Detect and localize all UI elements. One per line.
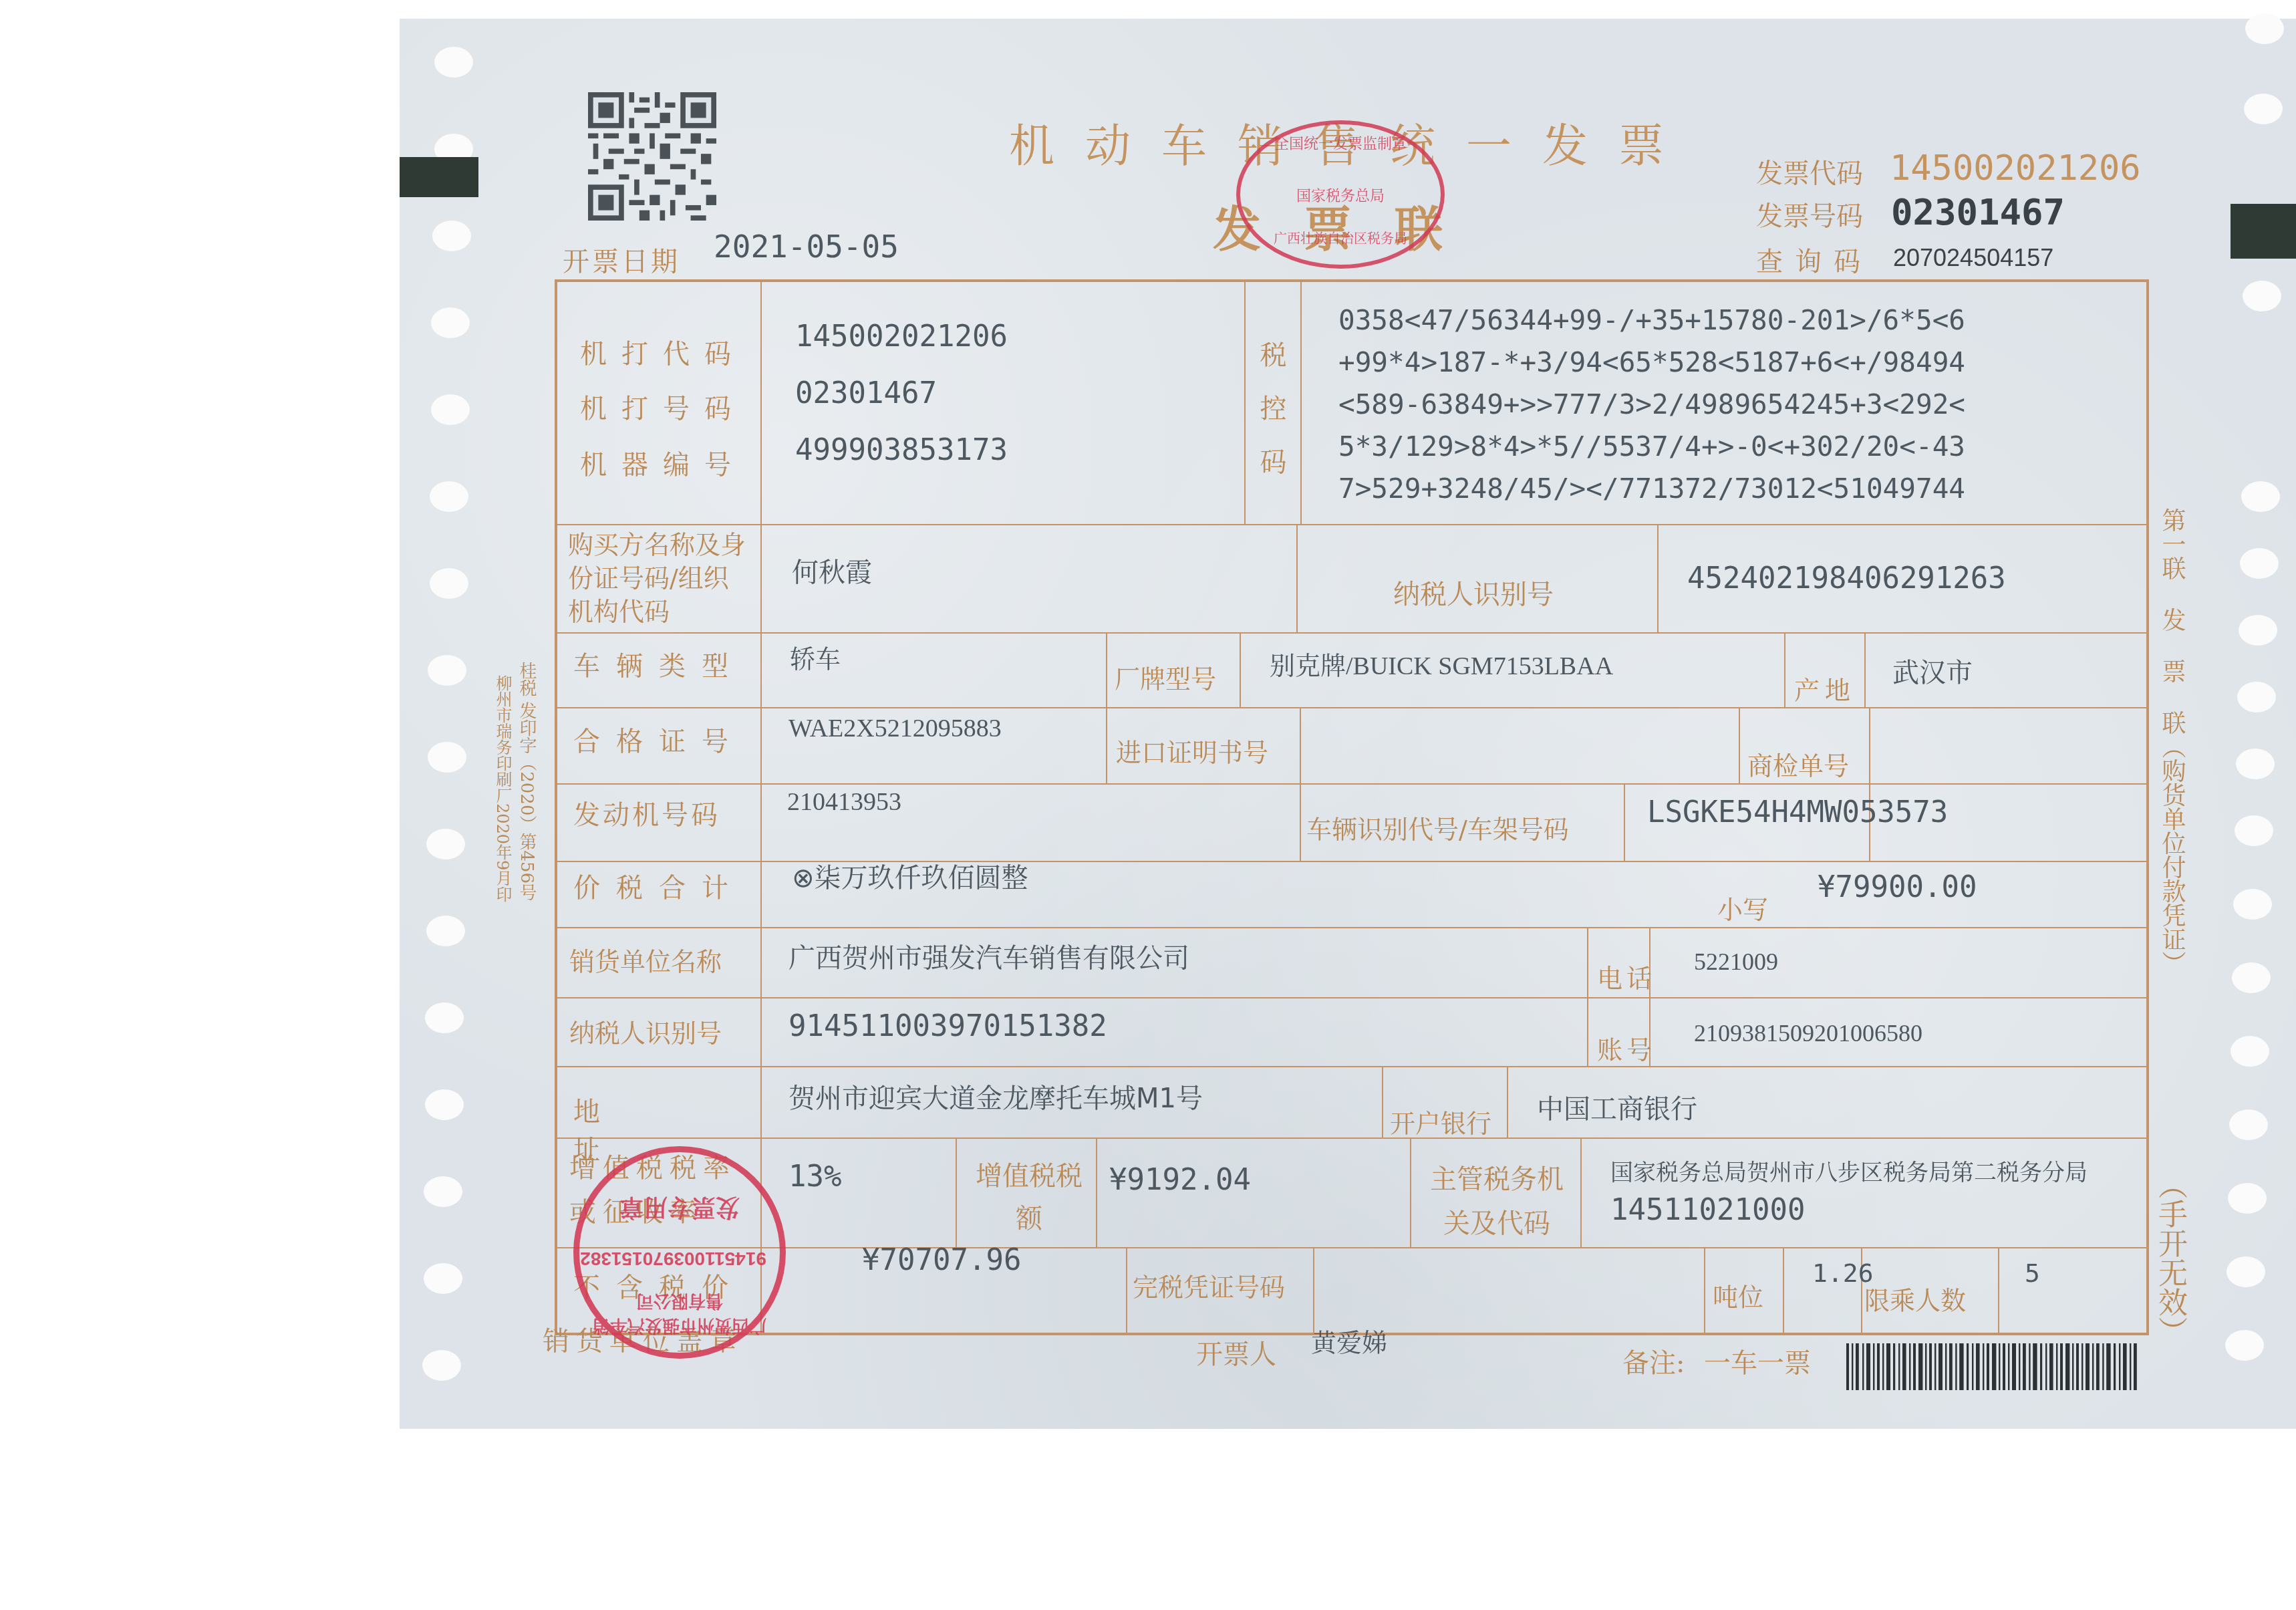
tax-bureau-seal: 全国统一发票监制章 国家税务总局 广西壮族自治区税务局: [1236, 120, 1445, 269]
invoice-number: 02301467: [1891, 191, 2065, 233]
tax-control-label: 税控码: [1258, 341, 1284, 501]
vehicle-type-label: 车辆类型: [573, 645, 744, 683]
total-amount-label: 价税合计: [573, 867, 744, 905]
invoice-number-label: 发票号码: [1756, 195, 1863, 233]
invoice-code-label: 发票代码: [1756, 152, 1863, 190]
remark: 一车一票: [1704, 1342, 1811, 1380]
seat-limit: 5: [2025, 1258, 2040, 1288]
machine-code: 145002021206: [795, 319, 1008, 354]
copy-side-note: 第一联 发 票 联（购货单位付款凭证）: [2153, 508, 2185, 986]
seal-middle-text: 国家税务总局: [1240, 184, 1441, 205]
seller-taxpayer-id: 914511003970151382: [788, 1009, 1107, 1043]
tax-voucher-label: 完税凭证号码: [1133, 1266, 1285, 1303]
issuer: 黄爱娣: [1311, 1322, 1387, 1359]
barcode-icon: [1846, 1343, 2140, 1390]
seller-bank: 中国工商银行: [1537, 1088, 1697, 1126]
machine-number: 02301467: [795, 376, 937, 410]
printer-note-printer: 柳州市瑞务印刷厂2020年9月印: [491, 675, 515, 902]
total-amount: ¥79900.00: [1818, 870, 1977, 904]
cert-number-label: 合格证号: [573, 720, 744, 759]
seal-bottom-text: 广西壮族自治区税务局: [1260, 228, 1421, 247]
query-code: 207024504157: [1893, 244, 2053, 272]
tax-control-code: 0358<47/56344+99-/+35+15780-201>/6*5<6 +…: [1338, 299, 1965, 510]
machine-code-label: 机打代码: [580, 333, 746, 371]
vin-label: 车辆识别代号/车架号码: [1306, 809, 1569, 845]
handwritten-invalid-note: （手开无效）: [2148, 1170, 2191, 1353]
tonnage-label: 吨位: [1713, 1277, 1763, 1313]
qr-code-icon: [588, 92, 716, 221]
buyer-taxpayer-id: 452402198406291263: [1687, 561, 2006, 595]
tax-control-line: +99*4>187-*+3/94<65*528<5187+6<+/98494: [1338, 342, 1965, 384]
seller-phone-label: 电话: [1597, 958, 1656, 994]
tax-control-line: 5*3/129>8*4>*5//5537/4+>-0<+302/20<-43: [1338, 426, 1965, 468]
engine-number: 210413953: [787, 787, 901, 817]
vehicle-type: 轿车: [790, 638, 841, 675]
tax-authority-label: 主管税务机关及代码: [1423, 1158, 1570, 1246]
seller-account: 21093815092010065​80: [1694, 1019, 1922, 1047]
buyer-name-label: 购买方名称及身份证号码/组织机构代码: [568, 528, 748, 628]
registration-mark-right: [2231, 204, 2296, 259]
tax-control-line: 0358<47/56344+99-/+35+15780-201>/6*5<6: [1338, 299, 1965, 342]
invoice-code: 145002021206: [1890, 148, 2141, 188]
tax-authority-code: 14511021000: [1610, 1193, 1805, 1227]
vin: LSGKE54H4MW053573: [1647, 795, 1948, 829]
copy-side-note-text: 第一联 发 票 联（购货单位付款凭证）: [2153, 508, 2190, 975]
total-small-label: 小写: [1717, 889, 1768, 926]
seller-bank-label: 开户银行: [1390, 1103, 1491, 1139]
brand-model: 别克牌/BUICK SGM7153LBAA: [1270, 645, 1613, 682]
seal-top-text: 全国统一发票监制章: [1267, 132, 1414, 153]
seller-account-label: 账号: [1597, 1029, 1656, 1066]
seat-limit-label: 限乘人数: [1864, 1280, 1966, 1317]
seller-address: 贺州市迎宾大道金龙摩托车城M1号: [788, 1077, 1203, 1115]
buyer-taxpayer-id-label: 纳税人识别号: [1393, 573, 1554, 612]
seller-name: 广西贺州市强发汽车销售有限公司: [788, 937, 1189, 975]
origin: 武汉市: [1892, 652, 1973, 690]
origin-label: 产地: [1794, 670, 1856, 706]
printer-note-permit: 桂税 发印字（2020）第456号: [515, 662, 539, 901]
device-number-label: 机器编号: [580, 444, 746, 482]
tax-control-line: 7>529+3248/45/></771372/73012<51049744: [1338, 468, 1965, 510]
engine-number-label: 发动机号码: [573, 794, 720, 832]
seller-invoice-seal: 广西贺州市强发汽车销售有限公司 914511003970151382 发票专用章: [573, 1146, 786, 1359]
issue-date-label: 开票日期: [563, 241, 680, 279]
seller-taxpayer-id-label: 纳税人识别号: [569, 1013, 722, 1049]
registration-mark-left: [400, 157, 478, 197]
vat-rate: 13%: [788, 1160, 841, 1194]
cert-number: WAE2X5212095883: [788, 714, 1002, 743]
seller-name-label: 销货单位名称: [569, 941, 722, 978]
inspection-number-label: 商检单号: [1747, 745, 1849, 782]
total-amount-words: ⊗柒万玖仟玖佰圆整: [792, 857, 1028, 895]
device-number: 499903853173: [795, 433, 1008, 467]
seller-seal-ring-text: 广西贺州市强发汽车销售有限公司: [593, 1290, 766, 1339]
vat-amount: ¥9192.04: [1109, 1163, 1251, 1197]
issuer-label: 开票人: [1196, 1333, 1276, 1371]
import-cert-label: 进口证明书号: [1116, 732, 1268, 769]
seller-seal-number: 914511003970151382: [593, 1248, 766, 1269]
seller-phone: 5221009: [1694, 948, 1778, 976]
query-code-label: 查询码: [1756, 241, 1872, 279]
remark-label: 备注:: [1622, 1342, 1685, 1380]
brand-model-label: 厂牌型号: [1115, 658, 1216, 695]
net-price: ¥70707.96: [862, 1243, 1021, 1277]
machine-number-label: 机打号码: [580, 388, 746, 426]
tax-control-line: <589-63849+>>777/3>2/4989654245+3<292<: [1338, 384, 1965, 426]
seller-seal-bottom-text: 发票专用章: [606, 1192, 753, 1226]
handwritten-invalid-text: （手开无效）: [2148, 1170, 2191, 1346]
issue-date: 2021-05-05: [714, 229, 899, 265]
buyer-name: 何秋霞: [792, 551, 872, 589]
tax-authority: 国家税务总局贺州市八步区税务局第二税务分局: [1610, 1154, 2088, 1187]
vat-amount-label: 增值税税额: [976, 1155, 1083, 1240]
